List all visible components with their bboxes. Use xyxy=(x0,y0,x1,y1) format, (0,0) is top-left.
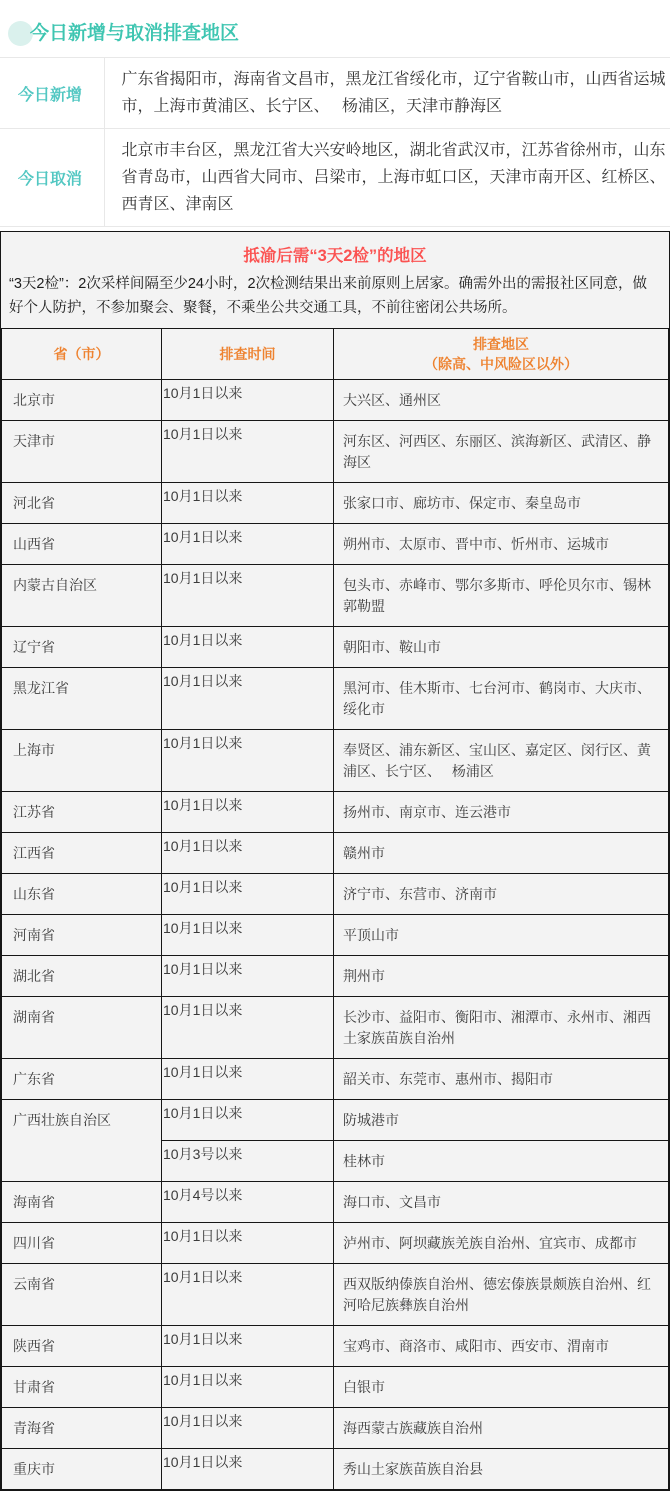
screening-regions-cell: 荆州市 xyxy=(334,956,669,997)
screening-time-cell: 10月1日以来 xyxy=(162,1408,334,1449)
province-cell: 黑龙江省 xyxy=(2,668,162,730)
screening-time-cell: 10月1日以来 xyxy=(162,833,334,874)
screening-time-cell: 10月4号以来 xyxy=(162,1182,334,1223)
province-cell: 山西省 xyxy=(2,524,162,565)
screening-time-cell: 10月1日以来 xyxy=(162,1449,334,1490)
page: 今日新增与取消排查地区 今日新增 广东省揭阳市，海南省文昌市，黑龙江省绥化市，辽… xyxy=(0,20,670,1491)
province-cell: 上海市 xyxy=(2,730,162,792)
screening-regions-cell: 桂林市 xyxy=(334,1141,669,1182)
new-areas-content: 广东省揭阳市，海南省文昌市，黑龙江省绥化市，辽宁省鞍山市，山西省运城市，上海市黄… xyxy=(104,58,670,129)
screening-time-cell: 10月1日以来 xyxy=(162,421,334,483)
three-day-two-test-section: 抵渝后需“3天2检”的地区 “3天2检”：2次采样间隔至少24小时，2次检测结果… xyxy=(0,231,670,1491)
screening-time-cell: 10月1日以来 xyxy=(162,1264,334,1326)
province-cell: 广西壮族自治区 xyxy=(2,1100,162,1182)
screening-time-cell: 10月1日以来 xyxy=(162,792,334,833)
screening-regions-cell: 秀山土家族苗族自治县 xyxy=(334,1449,669,1490)
table-row: 青海省10月1日以来海西蒙古族藏族自治州 xyxy=(2,1408,669,1449)
screening-time-cell: 10月1日以来 xyxy=(162,565,334,627)
table-row: 河北省10月1日以来张家口市、廊坊市、保定市、秦皇岛市 xyxy=(2,483,669,524)
table-row: 广东省10月1日以来韶关市、东莞市、惠州市、揭阳市 xyxy=(2,1059,669,1100)
screening-time-cell: 10月1日以来 xyxy=(162,1223,334,1264)
table-row: 重庆市10月1日以来秀山土家族苗族自治县 xyxy=(2,1449,669,1490)
screening-time-cell: 10月1日以来 xyxy=(162,1100,334,1141)
province-cell: 辽宁省 xyxy=(2,627,162,668)
province-cell: 江苏省 xyxy=(2,792,162,833)
table-row: 甘肃省10月1日以来白银市 xyxy=(2,1367,669,1408)
table-row: 广西壮族自治区10月1日以来防城港市 xyxy=(2,1100,669,1141)
section1-header: 今日新增与取消排查地区 xyxy=(0,20,670,48)
screening-regions-cell: 济宁市、东营市、济南市 xyxy=(334,874,669,915)
screening-time-cell: 10月1日以来 xyxy=(162,524,334,565)
screening-regions-cell: 黑河市、佳木斯市、七台河市、鹤岗市、大庆市、绥化市 xyxy=(334,668,669,730)
screening-time-cell: 10月1日以来 xyxy=(162,627,334,668)
screening-time-cell: 10月1日以来 xyxy=(162,1367,334,1408)
table-row: 河南省10月1日以来平顶山市 xyxy=(2,915,669,956)
screening-time-cell: 10月3号以来 xyxy=(162,1141,334,1182)
cancelled-areas-content: 北京市丰台区，黑龙江省大兴安岭地区，湖北省武汉市，江苏省徐州市，山东省青岛市，山… xyxy=(104,129,670,227)
table-row: 上海市10月1日以来奉贤区、浦东新区、宝山区、嘉定区、闵行区、黄浦区、长宁区、 … xyxy=(2,730,669,792)
screening-regions-cell: 白银市 xyxy=(334,1367,669,1408)
section1-title: 今日新增与取消排查地区 xyxy=(0,20,670,47)
screening-regions-cell: 平顶山市 xyxy=(334,915,669,956)
table-row: 江苏省10月1日以来扬州市、南京市、连云港市 xyxy=(2,792,669,833)
screening-regions-cell: 扬州市、南京市、连云港市 xyxy=(334,792,669,833)
screening-regions-cell: 河东区、河西区、东丽区、滨海新区、武清区、静海区 xyxy=(334,421,669,483)
screening-time-cell: 10月1日以来 xyxy=(162,380,334,421)
screening-regions-cell: 长沙市、益阳市、衡阳市、湘潭市、永州市、湘西土家族苗族自治州 xyxy=(334,997,669,1059)
screening-regions-cell: 韶关市、东莞市、惠州市、揭阳市 xyxy=(334,1059,669,1100)
table-row: 今日取消 北京市丰台区，黑龙江省大兴安岭地区，湖北省武汉市，江苏省徐州市，山东省… xyxy=(0,129,670,227)
table-row: 江西省10月1日以来赣州市 xyxy=(2,833,669,874)
header-regions: 排查地区 （除高、中风险区以外） xyxy=(334,329,669,380)
table-row: 北京市10月1日以来大兴区、通州区 xyxy=(2,380,669,421)
screening-regions-cell: 泸州市、阿坝藏族羌族自治州、宜宾市、成都市 xyxy=(334,1223,669,1264)
table-header-row: 省（市） 排查时间 排查地区 （除高、中风险区以外） xyxy=(2,329,669,380)
screening-regions-cell: 朝阳市、鞍山市 xyxy=(334,627,669,668)
table-row: 天津市10月1日以来河东区、河西区、东丽区、滨海新区、武清区、静海区 xyxy=(2,421,669,483)
province-cell: 海南省 xyxy=(2,1182,162,1223)
province-cell: 北京市 xyxy=(2,380,162,421)
screening-time-cell: 10月1日以来 xyxy=(162,997,334,1059)
table-row: 山西省10月1日以来朔州市、太原市、晋中市、忻州市、运城市 xyxy=(2,524,669,565)
cancelled-areas-label: 今日取消 xyxy=(0,129,104,227)
section2-title: 抵渝后需“3天2检”的地区 xyxy=(1,232,669,270)
province-cell: 江西省 xyxy=(2,833,162,874)
new-areas-label: 今日新增 xyxy=(0,58,104,129)
screening-regions-cell: 赣州市 xyxy=(334,833,669,874)
table-row: 辽宁省10月1日以来朝阳市、鞍山市 xyxy=(2,627,669,668)
province-cell: 天津市 xyxy=(2,421,162,483)
province-cell: 河北省 xyxy=(2,483,162,524)
screening-regions-cell: 大兴区、通州区 xyxy=(334,380,669,421)
screening-regions-cell: 防城港市 xyxy=(334,1100,669,1141)
table-row: 今日新增 广东省揭阳市，海南省文昌市，黑龙江省绥化市，辽宁省鞍山市，山西省运城市… xyxy=(0,58,670,129)
province-cell: 云南省 xyxy=(2,1264,162,1326)
table-row: 湖南省10月1日以来长沙市、益阳市、衡阳市、湘潭市、永州市、湘西土家族苗族自治州 xyxy=(2,997,669,1059)
province-cell: 青海省 xyxy=(2,1408,162,1449)
screening-time-cell: 10月1日以来 xyxy=(162,1059,334,1100)
screening-regions-cell: 西双版纳傣族自治州、德宏傣族景颇族自治州、红河哈尼族彝族自治州 xyxy=(334,1264,669,1326)
table-row: 山东省10月1日以来济宁市、东营市、济南市 xyxy=(2,874,669,915)
province-cell: 陕西省 xyxy=(2,1326,162,1367)
screening-time-cell: 10月1日以来 xyxy=(162,1326,334,1367)
header-time: 排查时间 xyxy=(162,329,334,380)
screening-time-cell: 10月1日以来 xyxy=(162,874,334,915)
screening-regions-cell: 包头市、赤峰市、鄂尔多斯市、呼伦贝尔市、锡林郭勒盟 xyxy=(334,565,669,627)
province-cell: 山东省 xyxy=(2,874,162,915)
screening-time-cell: 10月1日以来 xyxy=(162,915,334,956)
table-row: 陕西省10月1日以来宝鸡市、商洛市、咸阳市、西安市、渭南市 xyxy=(2,1326,669,1367)
province-cell: 甘肃省 xyxy=(2,1367,162,1408)
province-cell: 河南省 xyxy=(2,915,162,956)
province-cell: 湖北省 xyxy=(2,956,162,997)
table-row: 四川省10月1日以来泸州市、阿坝藏族羌族自治州、宜宾市、成都市 xyxy=(2,1223,669,1264)
screening-regions-cell: 朔州市、太原市、晋中市、忻州市、运城市 xyxy=(334,524,669,565)
screening-time-cell: 10月1日以来 xyxy=(162,483,334,524)
screening-regions-cell: 海西蒙古族藏族自治州 xyxy=(334,1408,669,1449)
section2-note: “3天2检”：2次采样间隔至少24小时，2次检测结果出来前原则上居家。确需外出的… xyxy=(1,270,669,328)
screening-time-cell: 10月1日以来 xyxy=(162,956,334,997)
header-province: 省（市） xyxy=(2,329,162,380)
daily-changes-table: 今日新增 广东省揭阳市，海南省文昌市，黑龙江省绥化市，辽宁省鞍山市，山西省运城市… xyxy=(0,57,670,227)
table-row: 黑龙江省10月1日以来黑河市、佳木斯市、七台河市、鹤岗市、大庆市、绥化市 xyxy=(2,668,669,730)
table-row: 内蒙古自治区10月1日以来包头市、赤峰市、鄂尔多斯市、呼伦贝尔市、锡林郭勒盟 xyxy=(2,565,669,627)
screening-time-cell: 10月1日以来 xyxy=(162,730,334,792)
table-row: 海南省10月4号以来海口市、文昌市 xyxy=(2,1182,669,1223)
screening-time-cell: 10月1日以来 xyxy=(162,668,334,730)
screening-regions-cell: 宝鸡市、商洛市、咸阳市、西安市、渭南市 xyxy=(334,1326,669,1367)
province-cell: 湖南省 xyxy=(2,997,162,1059)
province-cell: 广东省 xyxy=(2,1059,162,1100)
header-regions-line2: （除高、中风险区以外） xyxy=(336,354,666,374)
province-cell: 四川省 xyxy=(2,1223,162,1264)
province-cell: 重庆市 xyxy=(2,1449,162,1490)
table-row: 湖北省10月1日以来荆州市 xyxy=(2,956,669,997)
screening-areas-table: 省（市） 排查时间 排查地区 （除高、中风险区以外） 北京市10月1日以来大兴区… xyxy=(1,328,669,1490)
header-regions-line1: 排查地区 xyxy=(336,334,666,354)
screening-regions-cell: 张家口市、廊坊市、保定市、秦皇岛市 xyxy=(334,483,669,524)
screening-regions-cell: 海口市、文昌市 xyxy=(334,1182,669,1223)
table-row: 云南省10月1日以来西双版纳傣族自治州、德宏傣族景颇族自治州、红河哈尼族彝族自治… xyxy=(2,1264,669,1326)
province-cell: 内蒙古自治区 xyxy=(2,565,162,627)
screening-regions-cell: 奉贤区、浦东新区、宝山区、嘉定区、闵行区、黄浦区、长宁区、 杨浦区 xyxy=(334,730,669,792)
